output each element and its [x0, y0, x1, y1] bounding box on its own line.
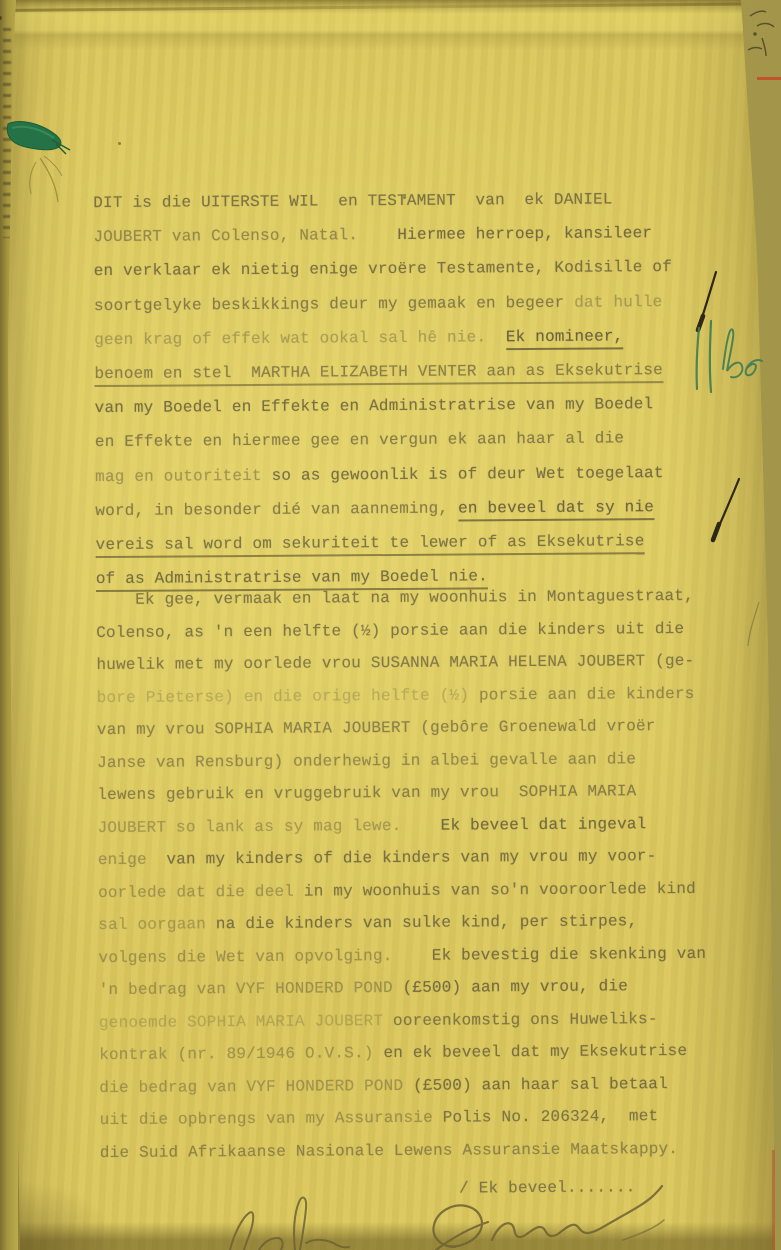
document-line: volgens die Wet van opvolging. Ek bevest…	[98, 944, 738, 981]
document-line: geen krag of effek wat ookal sal hê nie.…	[94, 326, 734, 365]
text-segment: Janse van Rensburg) onderhewig in albei …	[97, 750, 636, 772]
document-line: lewens gebruik en vruggebruik van my vro…	[97, 782, 737, 819]
document-line: mag en outoriteit so as gewoonlik is of …	[95, 463, 735, 502]
catchword: / Ek beveel.......	[459, 1178, 636, 1197]
text-segment: bore Pieterse) en die orige helfte (½)	[97, 686, 479, 707]
text-segment: oorlede dat die deel	[98, 882, 294, 901]
scanned-document-photo: DIT is die UITERSTE WIL en TESTAMENT van…	[0, 0, 781, 1250]
text-segment: Hiermee herroep, kansileer	[397, 224, 652, 244]
document-line: huwelik met my oorlede vrou SUSANNA MARI…	[96, 652, 736, 689]
document-line: sal oorgaan na die kinders van sulke kin…	[98, 912, 738, 949]
text-segment: so as gewoonlik is of deur Wet toegelaat	[272, 464, 664, 485]
text-segment: benoem en stel MARTHA ELIZABETH VENTER a…	[94, 361, 663, 387]
text-segment: en verklaar ek nietig enige vroëre Testa…	[94, 258, 672, 280]
document-line: 'n bedrag van VYF HONDERD POND (£500) aa…	[99, 977, 739, 1014]
document-line: en verklaar ek nietig enige vroëre Testa…	[94, 258, 734, 297]
text-segment: 'n bedrag van VYF HONDERD POND	[99, 979, 403, 999]
text-segment: en beveel dat sy nie	[458, 498, 654, 521]
text-segment: dat hulle	[574, 293, 662, 312]
text-segment: Polis No. 206324, met	[443, 1107, 659, 1127]
red-edge-line	[757, 77, 781, 80]
text-segment: kontrak (nr. 89/1946 O.V.S.)	[99, 1044, 383, 1064]
document-line: word, in besonder dié van aanneming, en …	[95, 497, 735, 536]
text-segment: porsie aan die kinders	[479, 684, 695, 704]
document-line: Colenso, as 'n een helfte (½) porsie aan…	[96, 619, 736, 656]
document-line: en Effekte en hiermee gee en vergun ek a…	[95, 429, 735, 468]
document-line: JOUBERT so lank as sy mag lewe. Ek bevee…	[98, 814, 738, 851]
document-line: benoem en stel MARTHA ELIZABETH VENTER a…	[94, 361, 734, 400]
text-segment: word, in besonder dié van aanneming,	[95, 499, 458, 520]
text-segment: JOUBERT so lank as sy mag lewe.	[98, 816, 441, 836]
text-segment: in my woonhuis van so'n vooroorlede kind	[294, 879, 696, 900]
text-segment: DIT is die UITERSTE WIL en TESTAMENT van…	[93, 190, 613, 212]
text-segment: vereis sal word om sekuriteit te lewer o…	[96, 532, 645, 558]
text-segment: genoemde SOPHIA MARIA JOUBERT	[99, 1011, 393, 1031]
text-segment: Ek gee, vermaak en laat na my woonhuis i…	[96, 587, 694, 609]
text-segment: en ek beveel dat my Eksekutrise	[383, 1042, 687, 1062]
text-segment: van my vrou SOPHIA MARIA JOUBERT (gebôre…	[97, 717, 656, 739]
document-line: JOUBERT van Colenso, Natal. Hiermee herr…	[93, 224, 733, 263]
paragraph-bequest: Ek gee, vermaak en laat na my woonhuis i…	[96, 587, 740, 1176]
typewritten-text: DIT is die UITERSTE WIL en TESTAMENT van…	[0, 0, 781, 1250]
text-segment: en Effekte en hiermee gee en vergun ek a…	[95, 430, 624, 452]
document-line: bore Pieterse) en die orige helfte (½) p…	[97, 684, 737, 721]
text-segment: lewens gebruik en vruggebruik van my vro…	[97, 782, 636, 804]
paragraph-revocation-nomination: DIT is die UITERSTE WIL en TESTAMENT van…	[93, 190, 736, 605]
text-segment: mag en outoriteit	[95, 466, 272, 485]
document-line: Ek gee, vermaak en laat na my woonhuis i…	[96, 587, 736, 624]
text-segment: Ek nomineer,	[506, 327, 624, 350]
text-segment: geen krag of effek wat ookal sal hê nie.	[94, 328, 506, 349]
text-segment: Colenso, as 'n een helfte (½) porsie aan…	[96, 619, 684, 641]
document-line: soortgelyke beskikkings deur my gemaak e…	[94, 292, 734, 331]
document-line: Janse van Rensburg) onderhewig in albei …	[97, 749, 737, 786]
text-segment: soortgelyke beskikkings deur my gemaak e…	[94, 293, 574, 314]
document-line: kontrak (nr. 89/1946 O.V.S.) en ek bevee…	[99, 1042, 739, 1079]
text-segment: JOUBERT van Colenso, Natal.	[93, 226, 397, 246]
document-line: van my vrou SOPHIA MARIA JOUBERT (gebôre…	[97, 717, 737, 754]
document-line: oorlede dat die deel in my woonhuis van …	[98, 879, 738, 916]
document-line: die Suid Afrikaanse Nasionale Lewens Ass…	[100, 1139, 740, 1176]
document-line: DIT is die UITERSTE WIL en TESTAMENT van…	[93, 190, 733, 229]
text-segment: huwelik met my oorlede vrou SUSANNA MARI…	[96, 652, 694, 674]
document-line: genoemde SOPHIA MARIA JOUBERT ooreenkoms…	[99, 1009, 739, 1046]
text-segment: volgens die Wet van opvolging.	[98, 946, 431, 966]
text-segment: uit die opbrengs van my Assuransie	[100, 1109, 443, 1129]
text-segment: van my kinders of die kinders van my vro…	[166, 847, 656, 868]
text-segment: Ek bevestig die skenking van	[432, 944, 707, 964]
text-segment: (£500) aan my vrou, die	[403, 977, 629, 997]
text-segment: enige	[98, 851, 167, 869]
paper-sheet: DIT is die UITERSTE WIL en TESTAMENT van…	[0, 0, 781, 1250]
text-segment: ooreenkomstig ons Huweliks-	[393, 1010, 658, 1030]
text-segment: sal oorgaan	[98, 915, 216, 934]
text-segment: na die kinders van sulke kind, per stirp…	[216, 912, 638, 933]
text-segment: die bedrag van VYF HONDERD POND	[99, 1076, 413, 1096]
document-line: die bedrag van VYF HONDERD POND (£500) a…	[99, 1074, 739, 1111]
document-line: enige van my kinders of die kinders van …	[98, 847, 738, 884]
document-line: uit die opbrengs van my Assuransie Polis…	[100, 1107, 740, 1144]
document-line: van my Boedel en Effekte en Administratr…	[95, 395, 735, 434]
text-segment: (£500) aan haar sal betaal	[413, 1075, 668, 1095]
text-segment: Ek beveel dat ingeval	[441, 815, 647, 834]
ghost-text-on-fold	[3, 28, 11, 238]
document-line: vereis sal word om sekuriteit te lewer o…	[96, 531, 736, 570]
text-segment: die Suid Afrikaanse Nasionale Lewens Ass…	[100, 1140, 678, 1162]
text-segment: van my Boedel en Effekte en Administratr…	[95, 395, 654, 417]
